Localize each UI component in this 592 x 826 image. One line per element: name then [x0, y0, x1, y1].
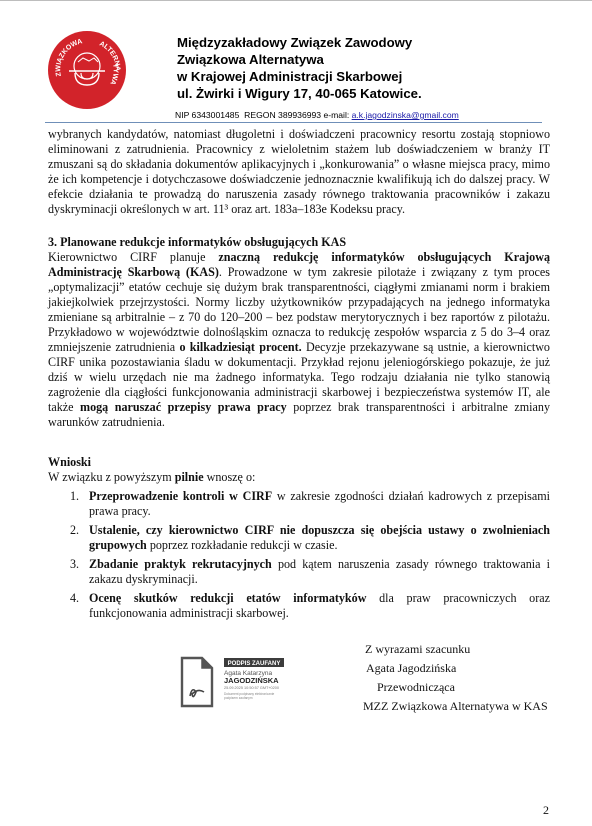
list-item: 3.Zbadanie praktyk rekrutacyjnych pod ką… — [48, 557, 550, 587]
text-run: Kierownictwo CIRF planuje — [48, 250, 218, 264]
bold-run: o kilkadziesiąt procent. — [179, 340, 301, 354]
contact-line: NIP 6343001485 REGON 389936993 e-mail: a… — [175, 110, 459, 120]
regon: REGON 389936993 — [244, 110, 321, 120]
signer-title: Przewodnicząca — [377, 678, 548, 697]
svg-text:25.09.2025 10:50:57 GMT+0200: 25.09.2025 10:50:57 GMT+0200 — [224, 686, 279, 690]
nip: NIP 6343001485 — [175, 110, 239, 120]
union-logo-icon: ZWIĄZKOWA ALTERNA TYWA — [47, 30, 127, 110]
bold-run: mogą naruszać przepisy prawa pracy — [80, 400, 287, 414]
signer-organization: MZZ Związkowa Alternatywa w KAS — [363, 697, 548, 716]
text-run: wnoszę o: — [204, 470, 256, 484]
list-number: 2. — [70, 523, 79, 538]
section-heading: 3. Planowane redukcje informatyków obsłu… — [48, 235, 550, 250]
document-signature-icon — [182, 658, 212, 706]
list-number: 1. — [70, 489, 79, 504]
conclusions-list: 1.Przeprowadzenie kontroli w CIRF w zakr… — [48, 489, 550, 621]
list-number: 3. — [70, 557, 79, 572]
intro-paragraph: wybranych kandydatów, natomiast długolet… — [48, 127, 550, 217]
section-paragraph: Kierownictwo CIRF planuje znaczną redukc… — [48, 250, 550, 430]
trusted-signature-stamp: PODPIS ZAUFANY Agata Katarzyna JAGODZIŃS… — [180, 656, 320, 708]
list-item: 1.Przeprowadzenie kontroli w CIRF w zakr… — [48, 489, 550, 519]
header-divider — [45, 122, 542, 123]
page-number: 2 — [543, 803, 549, 818]
bold-run: Przeprowadzenie kontroli w CIRF — [89, 489, 272, 503]
conclusions-intro: W związku z powyższym pilnie wnoszę o: — [48, 470, 550, 485]
email-label: e-mail: — [323, 110, 349, 120]
bold-run: pilnie — [175, 470, 204, 484]
org-line: w Krajowej Administracji Skarbowej — [177, 68, 422, 85]
page-top-border — [0, 0, 592, 1]
conclusions-heading: Wnioski — [48, 455, 550, 470]
org-address: ul. Żwirki i Wigury 17, 40-065 Katowice. — [177, 85, 422, 102]
email-link[interactable]: a.k.jagodzinska@gmail.com — [352, 110, 459, 120]
closing-block: Z wyrazami szacunku Agata Jagodzińska Pr… — [360, 640, 548, 716]
text-run: poprzez rozkładanie redukcji w czasie. — [147, 538, 338, 552]
list-number: 4. — [70, 591, 79, 606]
svg-text:podpisem zaufanym: podpisem zaufanym — [224, 696, 253, 700]
bold-run: Zbadanie praktyk rekrutacyjnych — [89, 557, 272, 571]
list-item: 4.Ocenę skutków redukcji etatów informat… — [48, 591, 550, 621]
list-item: 2.Ustalenie, czy kierownictwo CIRF nie d… — [48, 523, 550, 553]
org-line: Międzyzakładowy Związek Zawodowy — [177, 34, 422, 51]
svg-text:JAGODZIŃSKA: JAGODZIŃSKA — [224, 676, 279, 685]
signer-name: Agata Jagodzińska — [366, 659, 548, 678]
text-run: W związku z powyższym — [48, 470, 175, 484]
svg-text:PODPIS ZAUFANY: PODPIS ZAUFANY — [228, 661, 281, 667]
organization-name: Międzyzakładowy Związek Zawodowy Związko… — [177, 34, 422, 102]
bold-run: Ocenę skutków redukcji etatów informatyk… — [89, 591, 366, 605]
document-body: wybranych kandydatów, natomiast długolet… — [48, 127, 550, 621]
org-line: Związkowa Alternatywa — [177, 51, 422, 68]
closing-greeting: Z wyrazami szacunku — [365, 640, 548, 659]
